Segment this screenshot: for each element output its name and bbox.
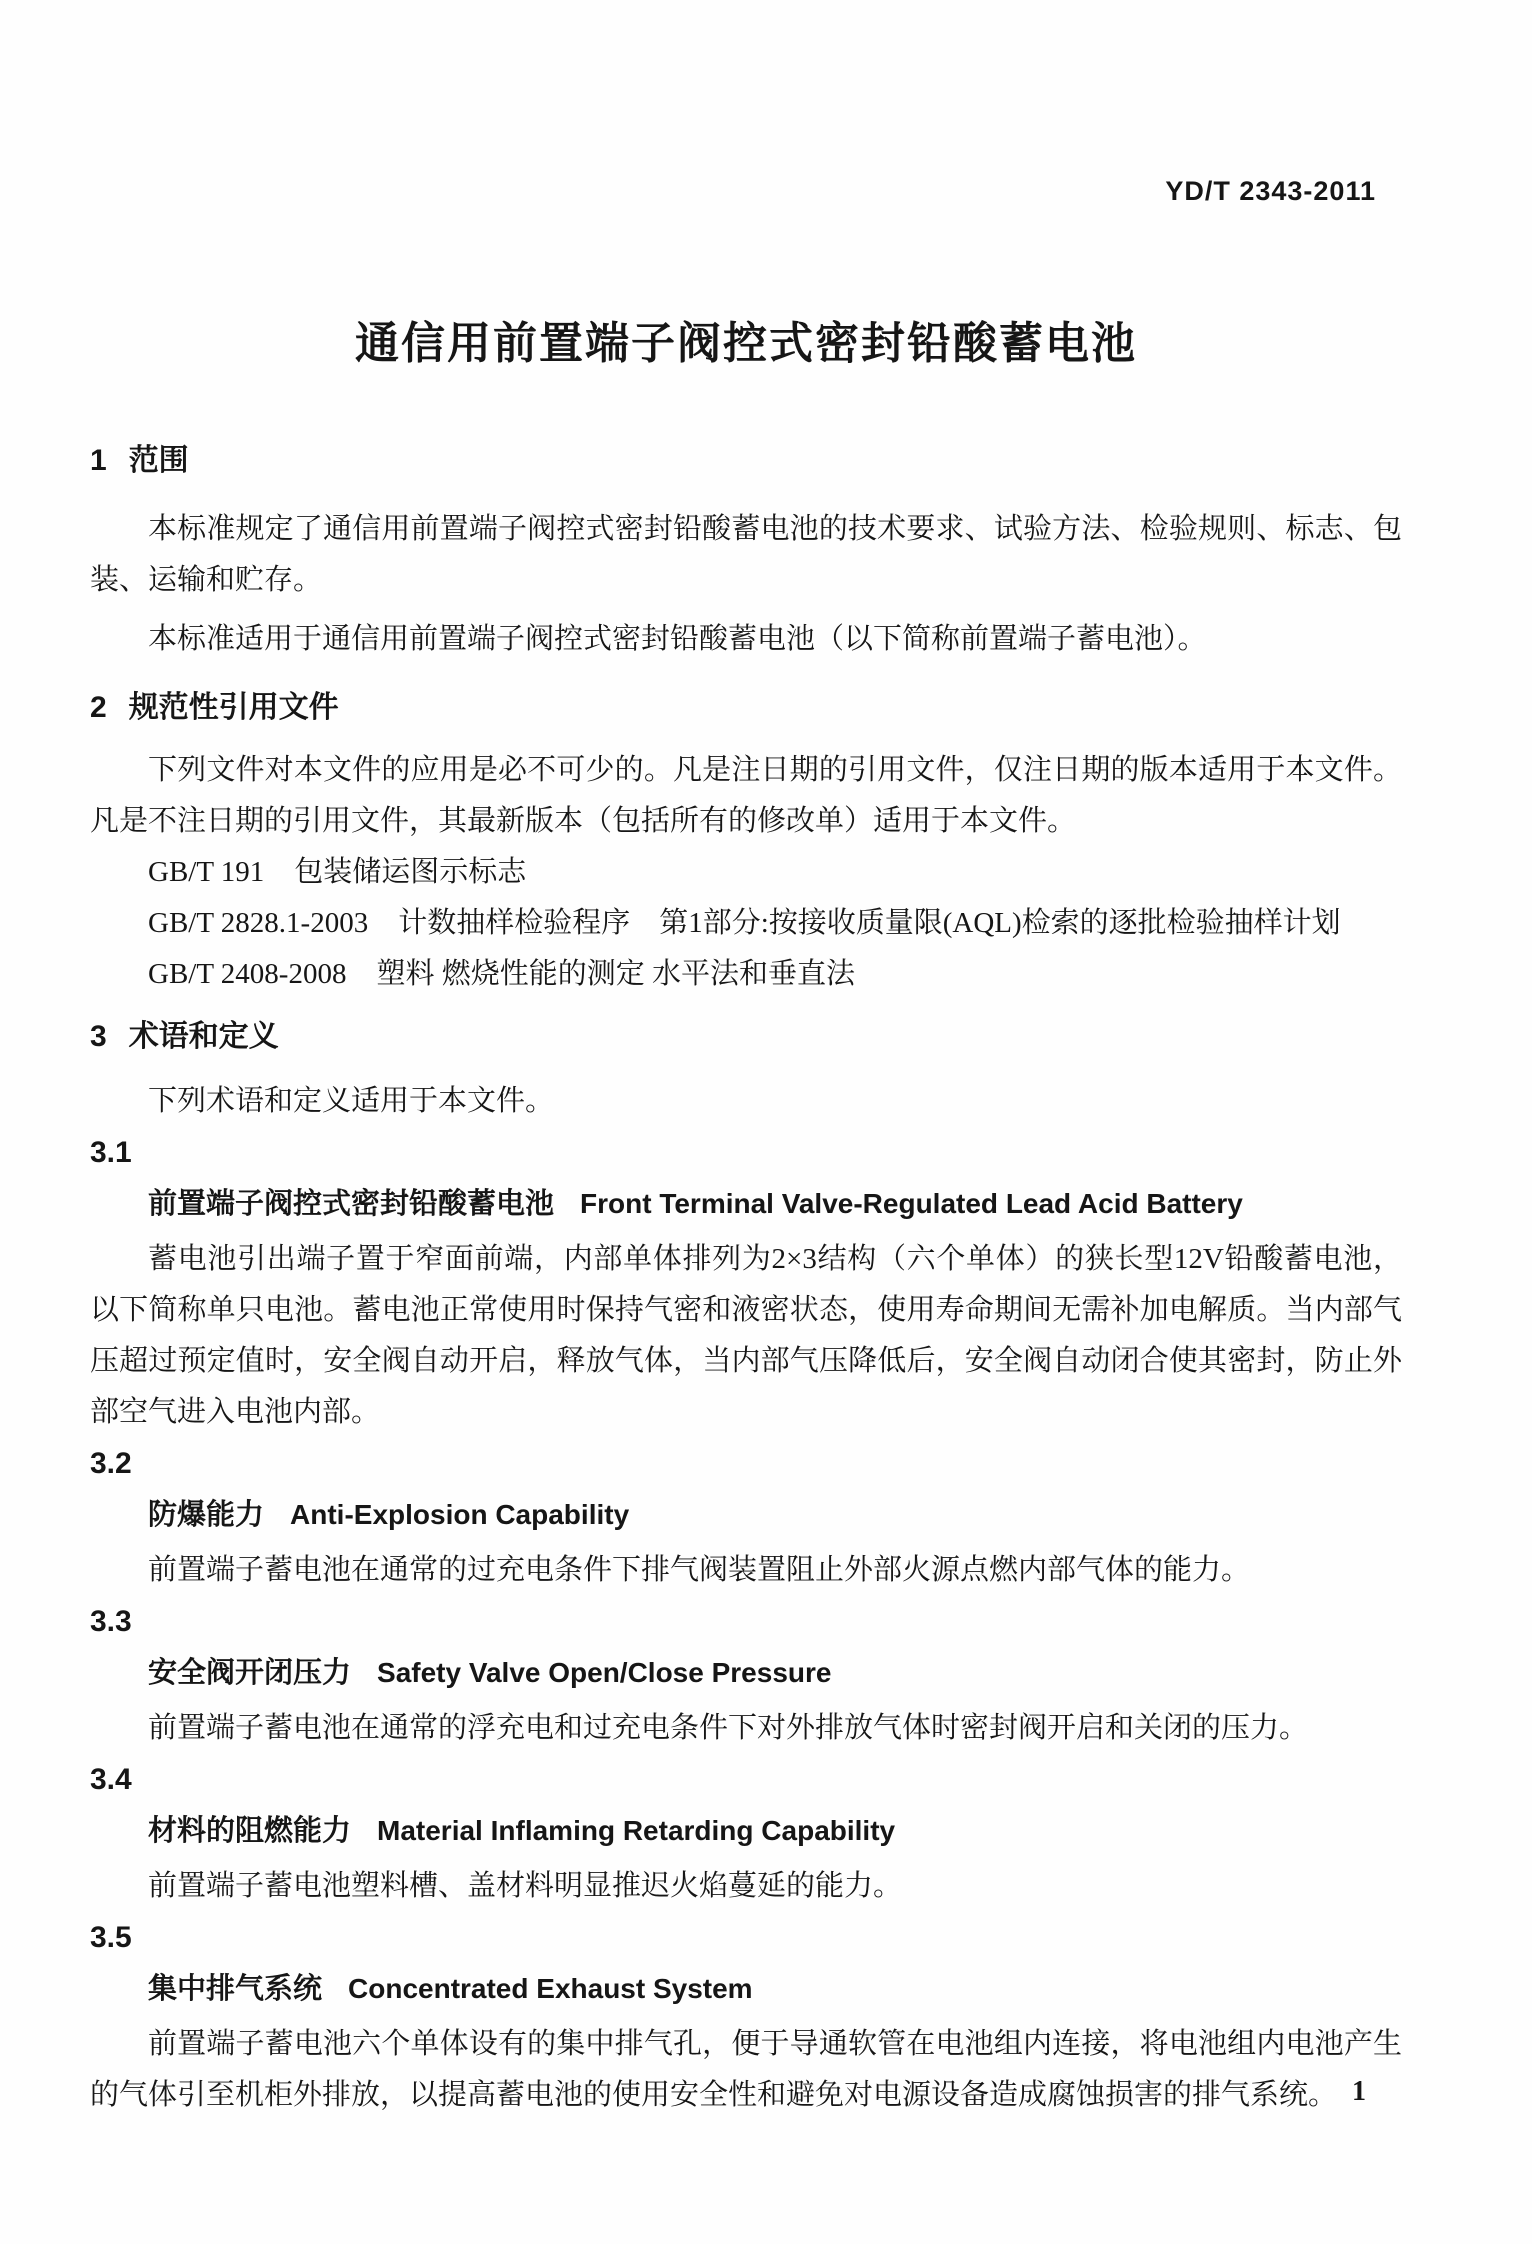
term-en: Concentrated Exhaust System [348, 1973, 753, 2004]
term-heading-3-2: 防爆能力Anti-Explosion Capability [90, 1489, 1402, 1545]
term-definition-3-1: 蓄电池引出端子置于窄面前端，内部单体排列为2×3结构（六个单体）的狭长型12V铅… [90, 1234, 1402, 1438]
section-3-title: 术语和定义 [129, 1020, 279, 1053]
reference-title: 计数抽样检验程序 第1部分:按接收质量限(AQL)检索的逐批检验抽样计划 [398, 907, 1340, 939]
term-number-3-1: 3.1 [90, 1127, 1402, 1178]
term-number-3-2: 3.2 [90, 1438, 1402, 1489]
reference-code: GB/T 2828.1-2003 [148, 907, 368, 939]
reference-code: GB/T 191 [148, 856, 264, 888]
document-title: 通信用前置端子阀控式密封铅酸蓄电池 [90, 318, 1402, 370]
reference-item: GB/T 191包装储运图示标志 [90, 847, 1402, 898]
section-3-heading: 3术语和定义 [90, 1018, 1402, 1056]
term-number-3-4: 3.4 [90, 1754, 1402, 1805]
term-zh: 材料的阻燃能力 [148, 1815, 351, 1847]
term-zh: 前置端子阀控式密封铅酸蓄电池 [148, 1188, 554, 1220]
section-1-number: 1 [90, 444, 107, 477]
term-zh: 防爆能力 [148, 1499, 264, 1531]
reference-item: GB/T 2828.1-2003计数抽样检验程序 第1部分:按接收质量限(AQL… [90, 898, 1402, 949]
term-zh: 安全阀开闭压力 [148, 1657, 351, 1689]
term-definition-3-2: 前置端子蓄电池在通常的过充电条件下排气阀装置阻止外部火源点燃内部气体的能力。 [90, 1545, 1402, 1596]
reference-title: 包装储运图示标志 [294, 856, 526, 888]
reference-title: 塑料 燃烧性能的测定 水平法和垂直法 [376, 958, 855, 990]
section-1-title: 范围 [129, 444, 189, 477]
section-3-number: 3 [90, 1020, 107, 1053]
section-1-heading: 1范围 [90, 442, 1402, 480]
term-heading-3-5: 集中排气系统Concentrated Exhaust System [90, 1963, 1402, 2019]
scope-paragraph-2: 本标准适用于通信用前置端子阀控式密封铅酸蓄电池（以下简称前置端子蓄电池）。 [90, 614, 1402, 665]
term-number-3-3: 3.3 [90, 1596, 1402, 1647]
term-heading-3-4: 材料的阻燃能力Material Inflaming Retarding Capa… [90, 1805, 1402, 1861]
term-en: Safety Valve Open/Close Pressure [377, 1657, 831, 1688]
term-definition-3-3: 前置端子蓄电池在通常的浮充电和过充电条件下对外排放气体时密封阀开启和关闭的压力。 [90, 1703, 1402, 1754]
reference-code: GB/T 2408-2008 [148, 958, 346, 990]
references-intro-paragraph: 下列文件对本文件的应用是必不可少的。凡是注日期的引用文件，仅注日期的版本适用于本… [90, 745, 1402, 847]
term-en: Material Inflaming Retarding Capability [377, 1815, 895, 1846]
reference-item: GB/T 2408-2008塑料 燃烧性能的测定 水平法和垂直法 [90, 949, 1402, 1000]
terms-intro-paragraph: 下列术语和定义适用于本文件。 [90, 1076, 1402, 1127]
document-page: YD/T 2343-2011 通信用前置端子阀控式密封铅酸蓄电池 1范围 本标准… [0, 0, 1532, 2244]
section-2-heading: 2规范性引用文件 [90, 689, 1402, 727]
standard-code: YD/T 2343-2011 [90, 0, 1402, 206]
term-heading-3-3: 安全阀开闭压力Safety Valve Open/Close Pressure [90, 1647, 1402, 1703]
term-definition-3-4: 前置端子蓄电池塑料槽、盖材料明显推迟火焰蔓延的能力。 [90, 1861, 1402, 1912]
term-en: Anti-Explosion Capability [290, 1499, 629, 1530]
scope-paragraph-1: 本标准规定了通信用前置端子阀控式密封铅酸蓄电池的技术要求、试验方法、检验规则、标… [90, 504, 1402, 606]
term-number-3-5: 3.5 [90, 1912, 1402, 1963]
term-zh: 集中排气系统 [148, 1973, 322, 2005]
section-2-title: 规范性引用文件 [129, 691, 339, 724]
page-number: 1 [1352, 2076, 1366, 2108]
term-en: Front Terminal Valve-Regulated Lead Acid… [580, 1188, 1243, 1219]
section-2-number: 2 [90, 691, 107, 724]
term-definition-3-5: 前置端子蓄电池六个单体设有的集中排气孔，便于导通软管在电池组内连接，将电池组内电… [90, 2019, 1402, 2121]
term-heading-3-1: 前置端子阀控式密封铅酸蓄电池Front Terminal Valve-Regul… [90, 1178, 1402, 1234]
